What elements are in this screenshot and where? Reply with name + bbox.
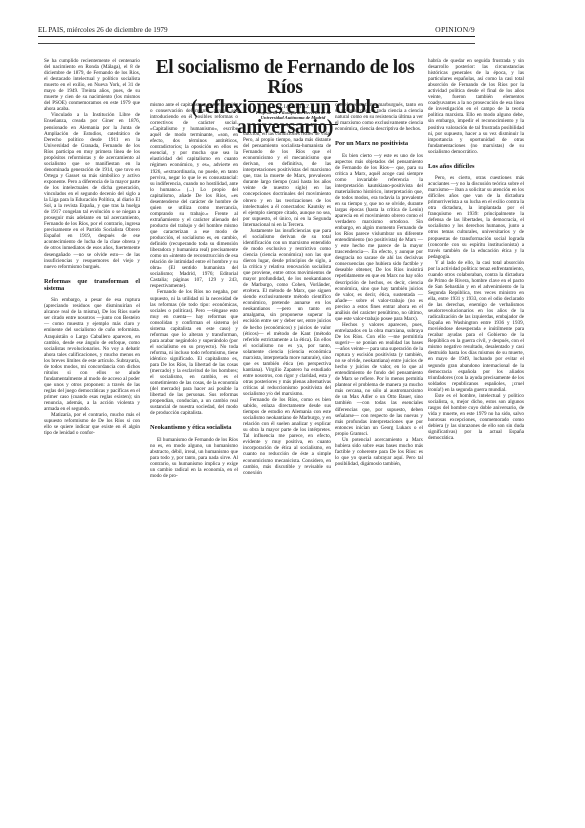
paragraph: Y al lado de ello, la casi total absorci… — [428, 260, 524, 393]
paragraph: mismo ante el capitalismo, una aceptació… — [150, 102, 238, 289]
paragraph: El humanismo de Fernando de los Ríos no … — [150, 437, 238, 479]
article-column-3: ducción, en las condiciones reales de vi… — [243, 131, 331, 476]
subheading: Por un Marx no positivista — [335, 140, 423, 147]
paragraph: Vinculado a la Institución Libre de Ense… — [44, 112, 140, 269]
article-column-1: Se ha cumplido recientemente el centenar… — [44, 58, 140, 436]
subheading: Los años difíciles — [428, 163, 524, 170]
paragraph: Matizaría, por el contrario, mucho más e… — [44, 412, 140, 436]
section-page-number: OPINION/9 — [435, 25, 475, 34]
headline-line-1: El socialismo de Fernando de los Ríos — [156, 57, 415, 98]
publication-date: EL PAIS, miércoles 26 de diciembre de 19… — [38, 26, 168, 34]
paragraph: con el neokantismo marburgués, tanto en … — [335, 102, 423, 132]
paragraph: Es bien cierto —y este es uno de los asp… — [335, 153, 423, 322]
article-column-4: con el neokantismo marburgués, tanto en … — [335, 102, 423, 467]
paragraph: Un potencial acercamiento a Marx hubiera… — [335, 437, 423, 467]
paragraph: Hechos y valores aparecen, pues, entrela… — [335, 322, 423, 437]
paragraph: Justamente las insuficiencias que para e… — [243, 228, 331, 397]
paragraph: Sin embargo, a pesar de esa ruptura (apr… — [44, 297, 140, 412]
page-header: EL PAIS, miércoles 26 de diciembre de 19… — [38, 22, 475, 37]
subheading: Neokantismo y ética socialista — [150, 424, 238, 431]
subheading: Reformas que transforman el sistema — [44, 278, 140, 293]
paragraph: habría de quedar en seguida frustrada y … — [428, 58, 524, 155]
paragraph: ducción, en las condiciones reales de vi… — [243, 131, 331, 228]
header-divider — [38, 43, 475, 44]
lead-paragraph: Se ha cumplido recientemente el centenar… — [44, 58, 140, 112]
article-column-2: mismo ante el capitalismo, una aceptació… — [150, 102, 238, 479]
paragraph: Fernando de los Ríos no negaba, por supu… — [150, 289, 238, 416]
paragraph: Este es el hombre, intelectual y polític… — [428, 393, 524, 441]
article-column-5: habría de quedar en seguida frustrada y … — [428, 58, 524, 441]
author-byline: ELIAS DIAZ Profesor de Filosofía del Der… — [248, 101, 338, 125]
paragraph: Fernando de los Ríos, como es bien sabid… — [243, 397, 331, 476]
paragraph: Pero, es cierto, otras cuestiones más ac… — [428, 175, 524, 260]
author-role: Profesor de Filosofía del Derecho de la … — [248, 110, 338, 121]
